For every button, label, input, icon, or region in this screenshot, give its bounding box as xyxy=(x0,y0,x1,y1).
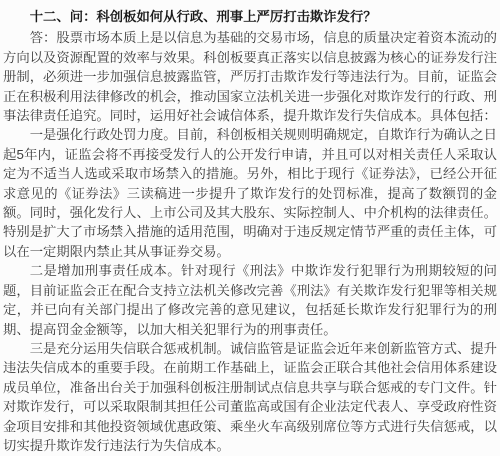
answer-point-1-paragraph: 一是强化行政处罚力度。目前，科创板相关规则明确规定，自欺诈行为确认之日起5年内，… xyxy=(3,125,497,261)
answer-point-3-paragraph: 三是充分运用失信联合惩戒机制。诚信监管是证监会近年来创新监管方式、提升违法失信成… xyxy=(3,339,497,455)
qa-article: 十二、问：科创板如何从行政、刑事上严厉打击欺诈发行？ 答：股票市场本质上是以信息… xyxy=(0,0,500,456)
answer-intro-paragraph: 答：股票市场本质上是以信息为基础的交易市场，信息的质量决定着资本流动的方向以及资… xyxy=(3,28,497,125)
answer-point-2-paragraph: 二是增加刑事责任成本。针对现行《刑法》中欺诈发行犯罪行为刑期较短的问题，目前证监… xyxy=(3,261,497,339)
question-title: 十二、问：科创板如何从行政、刑事上严厉打击欺诈发行？ xyxy=(3,7,497,26)
